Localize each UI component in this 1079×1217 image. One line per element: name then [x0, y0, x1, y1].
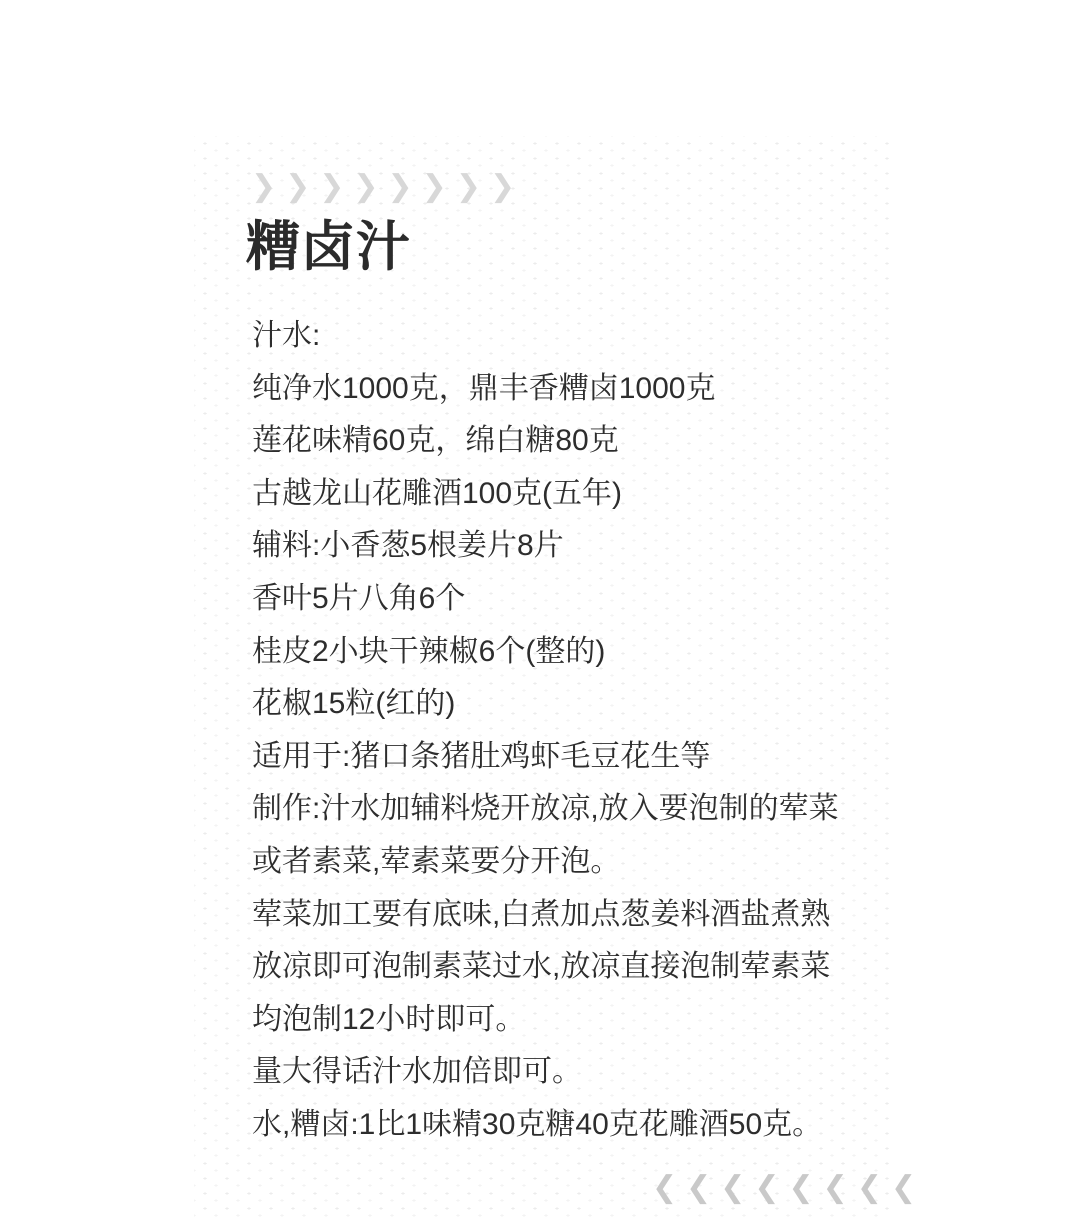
recipe-line: 均泡制12小时即可。: [252, 994, 839, 1047]
recipe-line: 量大得话汁水加倍即可。: [252, 1046, 839, 1099]
recipe-line: 汁水:: [252, 310, 839, 363]
recipe-text-block: 汁水: 纯净水1000克，鼎丰香糟卤1000克 莲花味精60克，绵白糖80克 古…: [252, 310, 839, 1152]
recipe-line: 桂皮2小块干辣椒6个(整的): [252, 626, 839, 679]
recipe-line: 纯净水1000克，鼎丰香糟卤1000克: [252, 363, 839, 416]
recipe-line: 水,糟卤:1比1味精30克糖40克花雕酒50克。: [252, 1099, 839, 1152]
recipe-line: 放凉即可泡制素菜过水,放凉直接泡制荤素菜: [252, 941, 839, 994]
recipe-line: 辅料:小香葱5根姜片8片: [252, 520, 839, 573]
page-title: 糟卤汁: [246, 216, 411, 278]
recipe-line: 莲花味精60克，绵白糖80克: [252, 415, 839, 468]
bottom-chevrons-icon: ❮❮❮❮❮❮❮❮: [652, 1173, 925, 1203]
recipe-line: 荤菜加工要有底味,白煮加点葱姜料酒盐煮熟: [252, 889, 839, 942]
recipe-line: 适用于:猪口条猪肚鸡虾毛豆花生等: [252, 731, 839, 784]
recipe-line: 或者素菜,荤素菜要分开泡。: [252, 836, 839, 889]
top-chevrons-icon: ❯❯❯❯❯❯❯❯: [251, 172, 524, 202]
recipe-line: 制作:汁水加辅料烧开放凉,放入要泡制的荤菜: [252, 783, 839, 836]
recipe-line: 香叶5片八角6个: [252, 573, 839, 626]
recipe-page: ❯❯❯❯❯❯❯❯ 糟卤汁 汁水: 纯净水1000克，鼎丰香糟卤1000克 莲花味…: [0, 0, 1079, 1217]
recipe-line: 花椒15粒(红的): [252, 678, 839, 731]
recipe-line: 古越龙山花雕酒100克(五年): [252, 468, 839, 521]
